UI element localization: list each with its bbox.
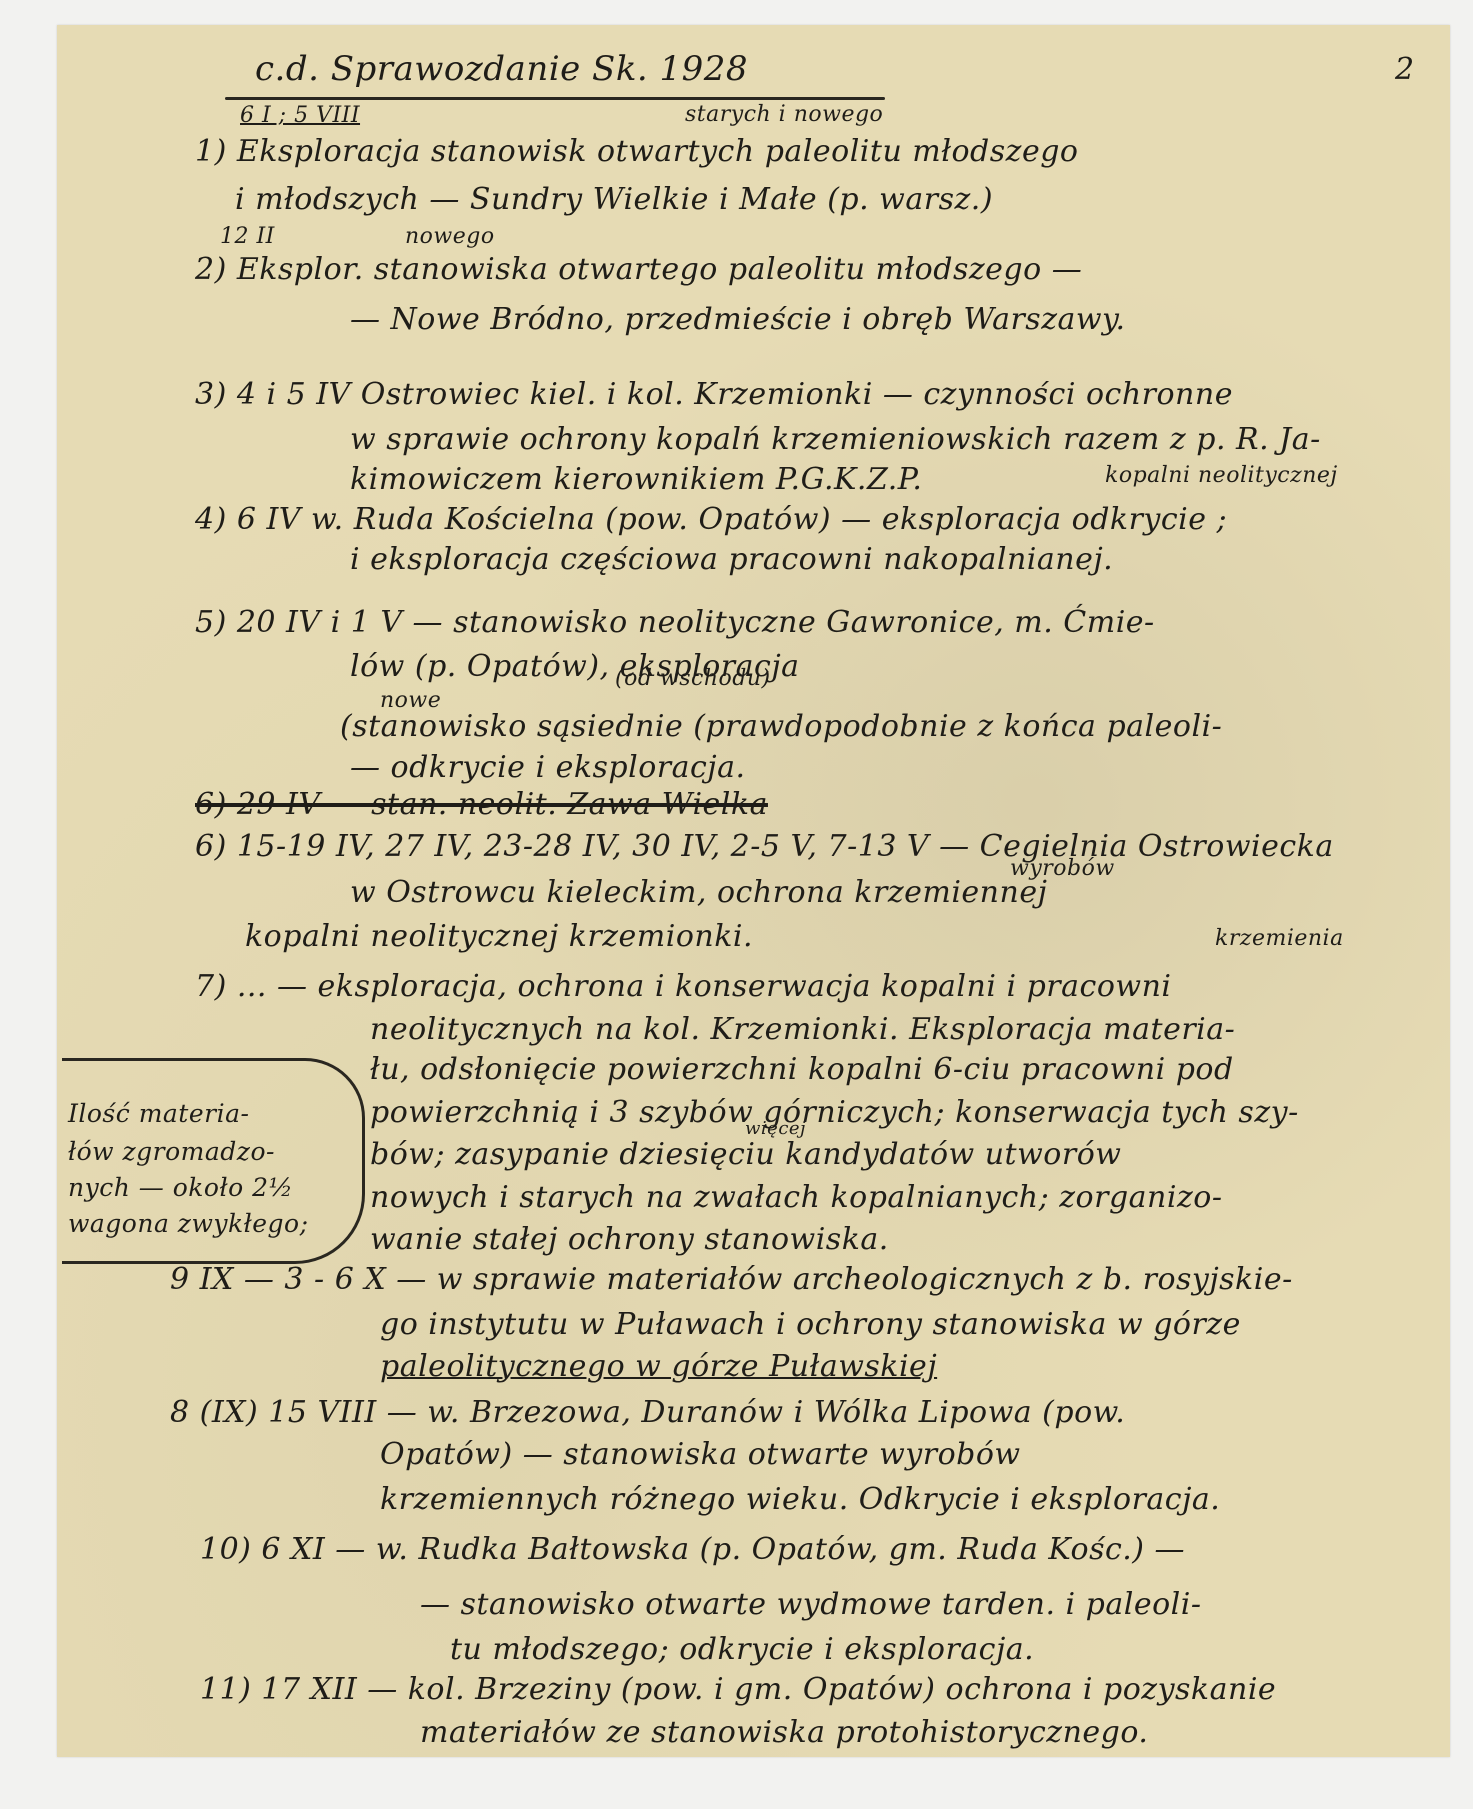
entry-4-interlinear: kopalni neolitycznej	[1105, 465, 1338, 487]
entry-10-line-3: tu młodszego; odkrycie i eksploracja.	[450, 1635, 1034, 1665]
entry-11-line-1: 11) 17 XII — kol. Brzeziny (pow. i gm. O…	[200, 1675, 1276, 1705]
margin-note-line-3: nych — około 2½	[68, 1175, 293, 1200]
entry-7-interlinear-2: więcej	[745, 1120, 806, 1138]
entry-10-line-1: 10) 6 XI — w. Rudka Bałtowska (p. Opatów…	[200, 1535, 1185, 1565]
entry-8-line-3: paleolitycznego w górze Puławskiej	[380, 1352, 937, 1382]
entry-2-line-1: 2) Eksplor. stanowiska otwartego paleoli…	[195, 255, 1082, 285]
entry-7-line-5: bów; zasypanie dziesięciu kandydatów utw…	[370, 1140, 1121, 1170]
entry-3-line-2: w sprawie ochrony kopalń krzemieniowskic…	[350, 425, 1321, 455]
entry-8-line-1: 9 IX — 3 - 6 X — w sprawie materiałów ar…	[170, 1265, 1293, 1295]
entry-7-line-6: nowych i starych na zwałach kopalnianych…	[370, 1183, 1222, 1213]
entry-6-struck: 6) 29 IV — stan. neolit. Zawa Wielka	[195, 790, 768, 820]
margin-note-box: Ilość materia- łów zgromadzo- nych — oko…	[62, 1058, 365, 1264]
entry-5-line-3: (stanowisko sąsiednie (prawdopodobnie z …	[340, 712, 1222, 742]
entry-4-line-2: i eksploracja częściowa pracowni nakopal…	[350, 545, 1113, 575]
entry-7-line-2: neolitycznych na kol. Krzemionki. Eksplo…	[370, 1015, 1235, 1045]
entry-7-line-1: 7) ... — eksploracja, ochrona i konserwa…	[195, 972, 1171, 1002]
entry-4-line-1: 4) 6 IV w. Ruda Kościelna (pow. Opatów) …	[195, 505, 1227, 535]
heading-rule	[225, 97, 885, 100]
entry-7-line-4: powierzchnią i 3 szybów górniczych; kons…	[370, 1098, 1299, 1128]
entry-8-line-2: go instytutu w Puławach i ochrony stanow…	[380, 1310, 1241, 1340]
entry-9-line-3: krzemiennych różnego wieku. Odkrycie i e…	[380, 1485, 1220, 1515]
entry-2-interlinear: nowego	[405, 226, 495, 248]
entry-7-line-7: wanie stałej ochrony stanowiska.	[370, 1225, 889, 1255]
page-number: 2	[1395, 52, 1414, 87]
entry-10-line-2: — stanowisko otwarte wydmowe tarden. i p…	[420, 1590, 1201, 1620]
entry-1-interlinear: starych i nowego	[685, 104, 883, 126]
page-heading: c.d. Sprawozdanie Sk. 1928	[255, 52, 748, 86]
margin-note-line-1: Ilość materia-	[68, 1101, 249, 1126]
entry-9-line-1: 8 (IX) 15 VIII — w. Brzezowa, Duranów i …	[170, 1398, 1125, 1428]
margin-note-line-4: wagona zwykłego;	[68, 1211, 309, 1236]
entry-11-line-2: materiałów ze stanowiska protohistoryczn…	[420, 1718, 1148, 1748]
entry-6-line-1: 6) 15-19 IV, 27 IV, 23-28 IV, 30 IV, 2-5…	[195, 832, 1334, 862]
entry-1-date: 6 I ; 5 VIII	[240, 105, 360, 127]
entry-5-line-1: 5) 20 IV i 1 V — stanowisko neolityczne …	[195, 608, 1155, 638]
entry-7-interlinear-1: krzemienia	[1215, 928, 1344, 950]
entry-9-line-2: Opatów) — stanowiska otwarte wyrobów	[380, 1440, 1021, 1470]
entry-1-line-1: 1) Eksploracja stanowisk otwartych paleo…	[195, 137, 1078, 167]
entry-1-line-2: i młodszych — Sundry Wielkie i Małe (p. …	[235, 185, 993, 215]
entry-5-line-4: — odkrycie i eksploracja.	[350, 753, 746, 783]
entry-3-line-3: kimowiczem kierownikiem P.G.K.Z.P.	[350, 465, 922, 495]
entry-5-interlinear-2: (od wschodu)	[615, 668, 771, 690]
entry-2-date: 12 II	[220, 226, 275, 248]
entry-6-line-2: w Ostrowcu kieleckim, ochrona krzemienne…	[350, 878, 1047, 908]
entry-3-line-1: 3) 4 i 5 IV Ostrowiec kiel. i kol. Krzem…	[195, 380, 1233, 410]
entry-7-line-3: łu, odsłonięcie powierzchni kopalni 6-ci…	[370, 1055, 1234, 1085]
entry-6-line-3: kopalni neolitycznej krzemionki.	[245, 922, 753, 952]
entry-2-line-2: — Nowe Bródno, przedmieście i obręb Wars…	[350, 305, 1126, 335]
margin-note-line-2: łów zgromadzo-	[68, 1139, 275, 1164]
